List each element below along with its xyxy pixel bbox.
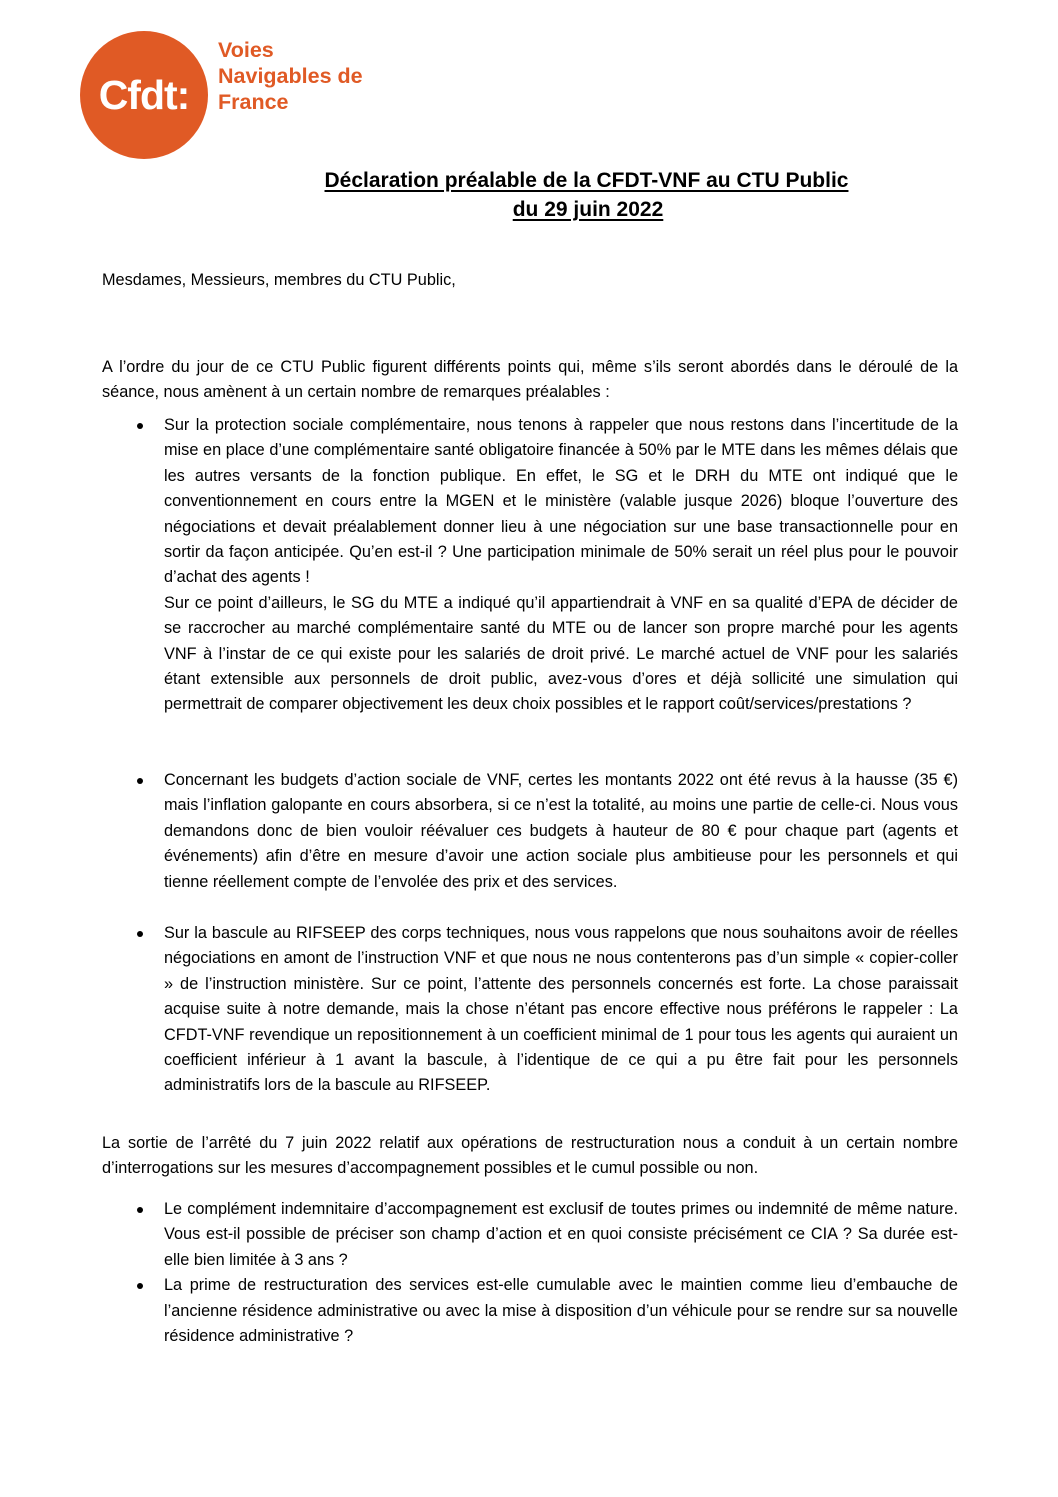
list-item: Sur la protection sociale complémentaire…	[102, 413, 958, 718]
list-item-text: Sur la bascule au RIFSEEP des corps tech…	[164, 924, 958, 1094]
greeting: Mesdames, Messieurs, membres du CTU Publ…	[102, 268, 958, 293]
intro-paragraph: A l’ordre du jour de ce CTU Public figur…	[102, 355, 958, 406]
list-item-text: Le complément indemnitaire d’accompagnem…	[164, 1200, 958, 1269]
bullet-icon	[137, 423, 143, 429]
cfdt-vnf-logo: Cfdt: Voies Navigables de France	[80, 31, 400, 166]
bullet-list: Le complément indemnitaire d’accompagnem…	[102, 1197, 958, 1349]
list-item-text: Sur ce point d’ailleurs, le SG du MTE a …	[164, 591, 958, 718]
list-item: La prime de restructuration des services…	[102, 1273, 958, 1349]
list-item-text: Concernant les budgets d’action sociale …	[164, 771, 958, 891]
list-item-text: Sur la protection sociale complémentaire…	[164, 413, 958, 591]
list-item: Concernant les budgets d’action sociale …	[102, 768, 958, 895]
list-item-text: La prime de restructuration des services…	[164, 1276, 958, 1345]
bullet-list: Concernant les budgets d’action sociale …	[102, 768, 958, 895]
title-line-2: du 29 juin 2022	[513, 198, 664, 221]
logo-mark-text: Cfdt:	[99, 72, 190, 119]
bullet-icon	[137, 778, 143, 784]
list-item: Le complément indemnitaire d’accompagnem…	[102, 1197, 958, 1273]
logo-line: France	[218, 89, 363, 115]
logo-line: Navigables de	[218, 63, 363, 89]
bullet-list: Sur la protection sociale complémentaire…	[102, 413, 958, 718]
title-line-1: Déclaration préalable de la CFDT-VNF au …	[325, 169, 849, 192]
bullet-icon	[137, 1207, 143, 1213]
list-item: Sur la bascule au RIFSEEP des corps tech…	[102, 921, 958, 1099]
logo-organization-name: Voies Navigables de France	[218, 37, 363, 115]
bullet-list: Sur la bascule au RIFSEEP des corps tech…	[102, 921, 958, 1099]
bullet-icon	[137, 931, 143, 937]
document-title: Déclaration préalable de la CFDT-VNF au …	[0, 166, 1058, 224]
restructuring-paragraph: La sortie de l’arrêté du 7 juin 2022 rel…	[102, 1131, 958, 1182]
bullet-icon	[137, 1283, 143, 1289]
logo-line: Voies	[218, 37, 363, 63]
cfdt-logo-mark: Cfdt:	[80, 31, 208, 159]
